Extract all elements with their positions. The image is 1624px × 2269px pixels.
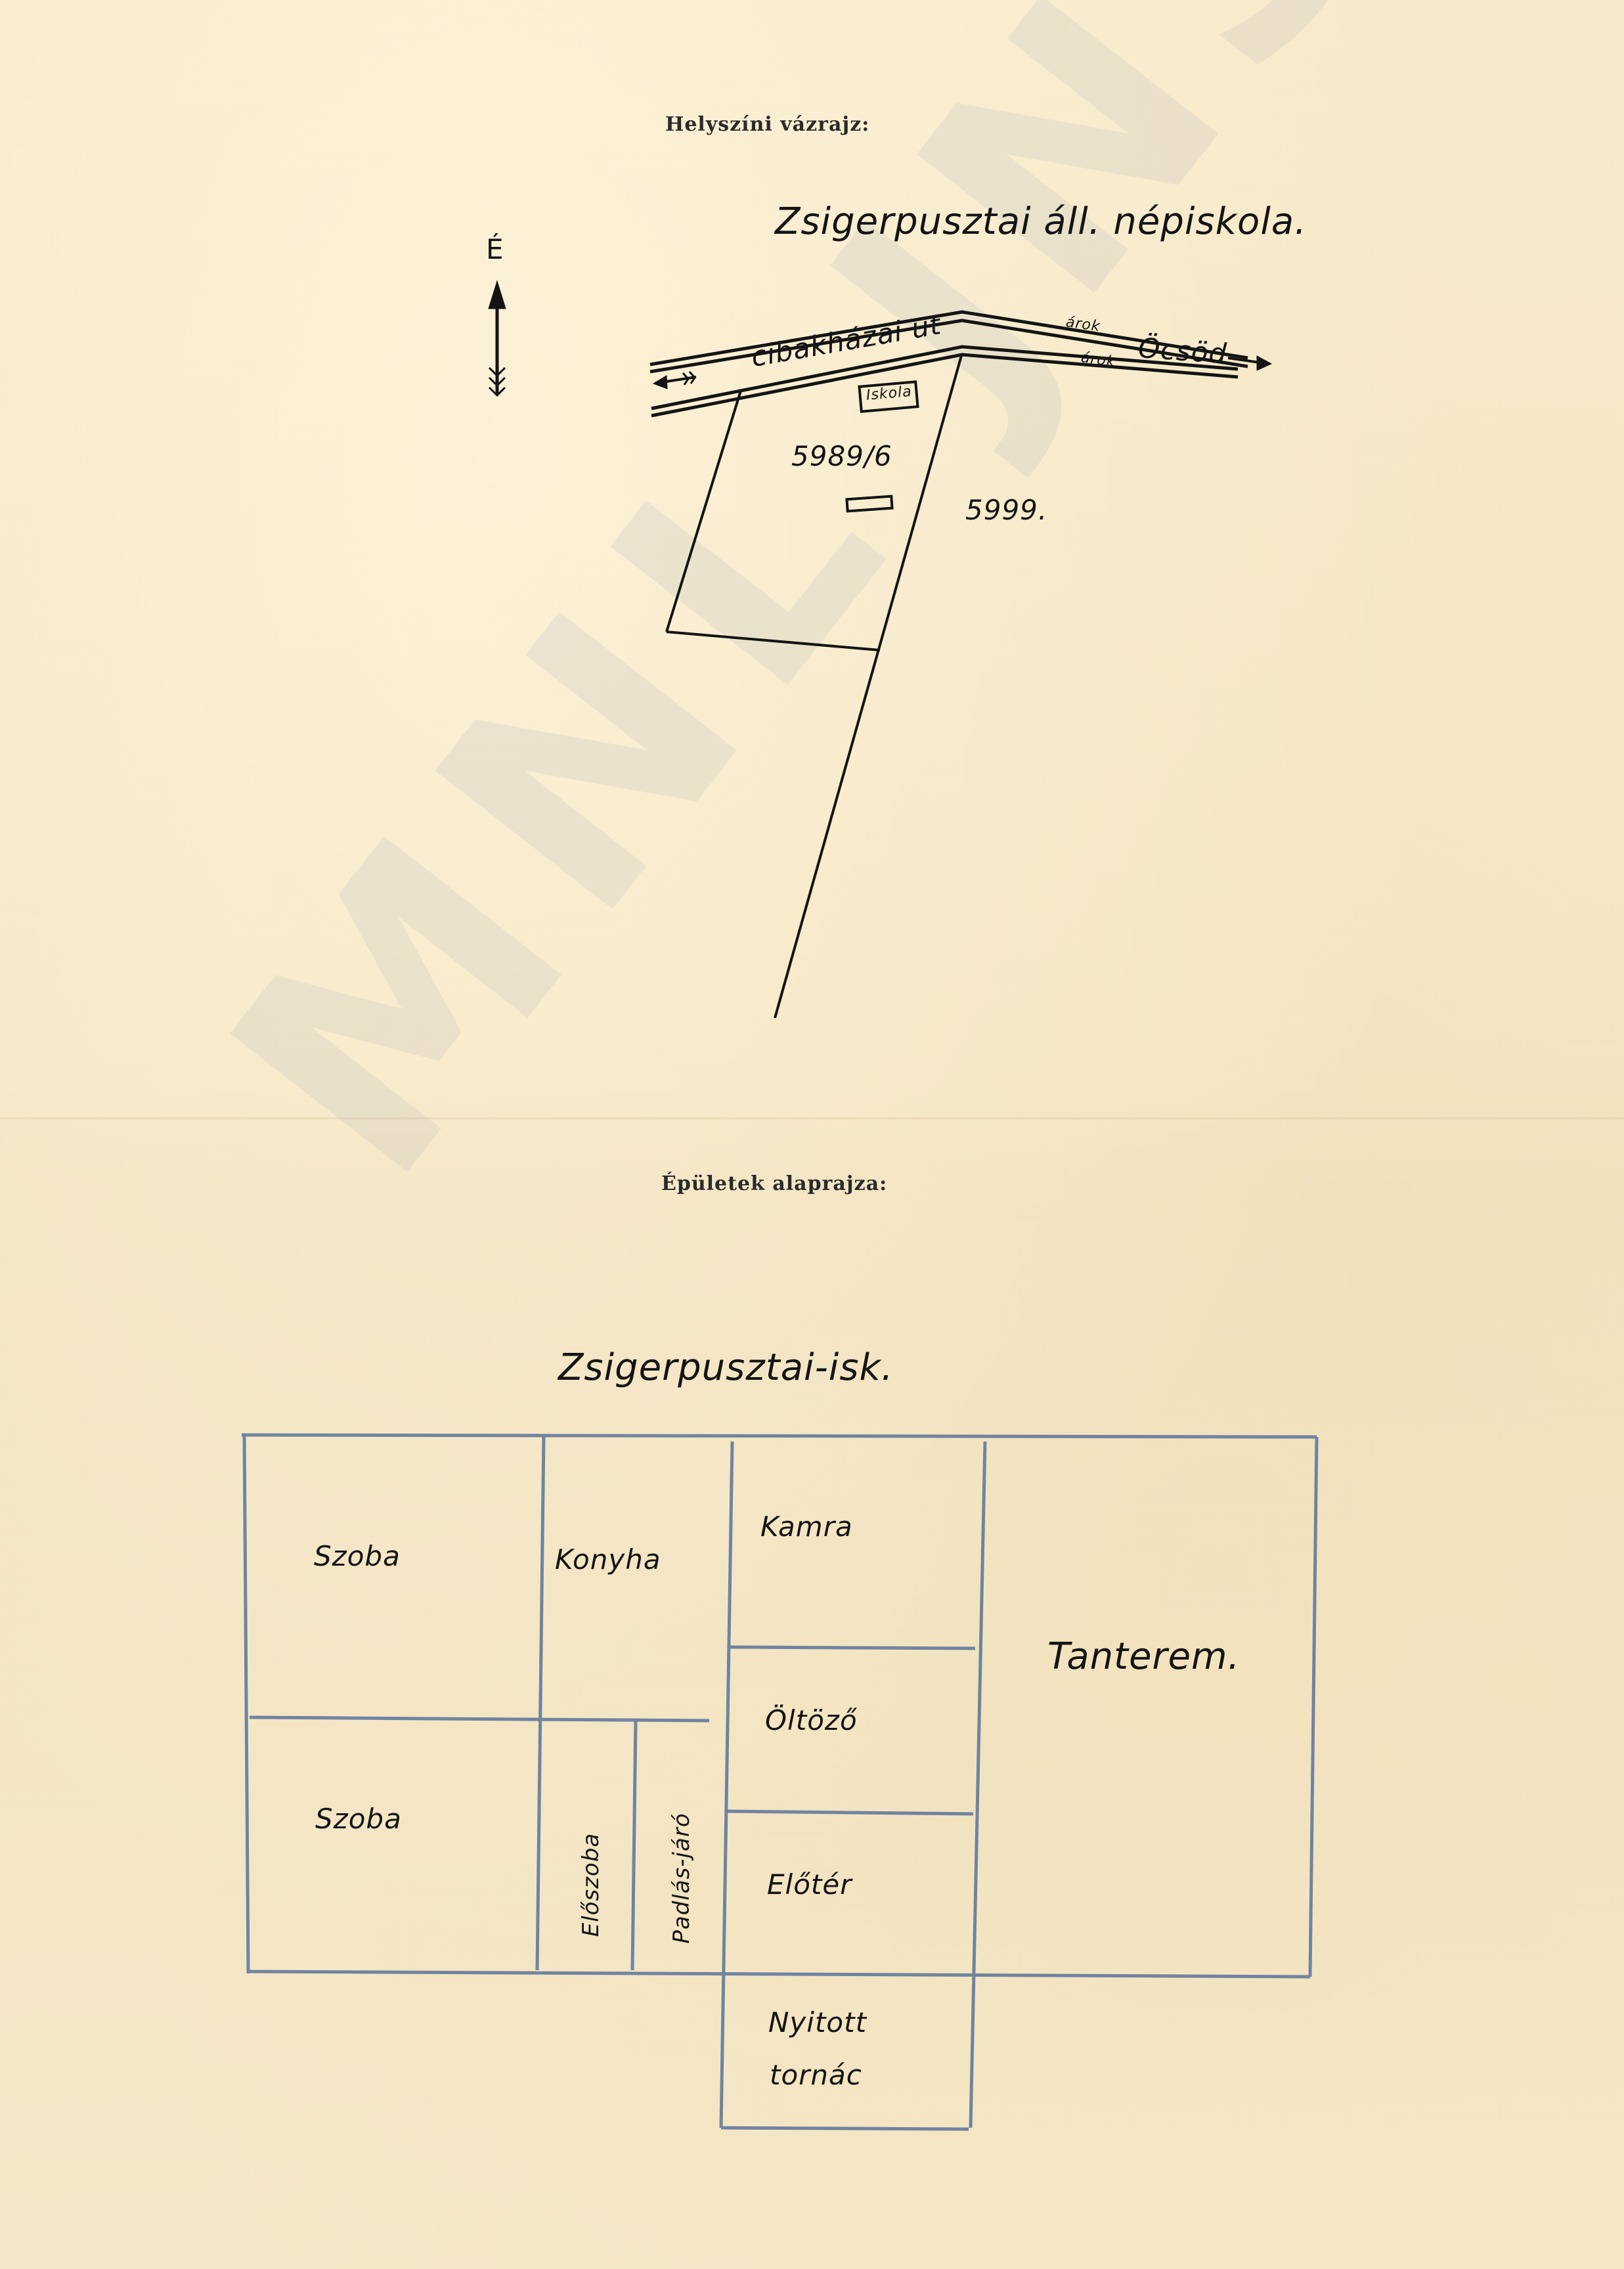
- room-label-eloter: Előtér: [767, 1868, 852, 1901]
- room-label-oltozo: Öltöző: [765, 1704, 858, 1736]
- room-label-nyitott: Nyitott: [768, 2006, 867, 2038]
- room-label-eloszoba: Előszoba: [578, 1826, 604, 1944]
- floor-plan-drawing: [0, 0, 1624, 2269]
- room-label-tanterem: Tanterem.: [1047, 1635, 1240, 1678]
- room-label-kamra: Kamra: [760, 1510, 853, 1543]
- room-label-padlasjaro: Padlás-járó: [669, 1806, 695, 1950]
- room-label-tornac: tornác: [770, 2059, 862, 2091]
- room-label-szoba-bottom: Szoba: [315, 1803, 402, 1835]
- room-label-szoba-top: Szoba: [314, 1540, 401, 1572]
- room-label-konyha: Konyha: [555, 1543, 661, 1575]
